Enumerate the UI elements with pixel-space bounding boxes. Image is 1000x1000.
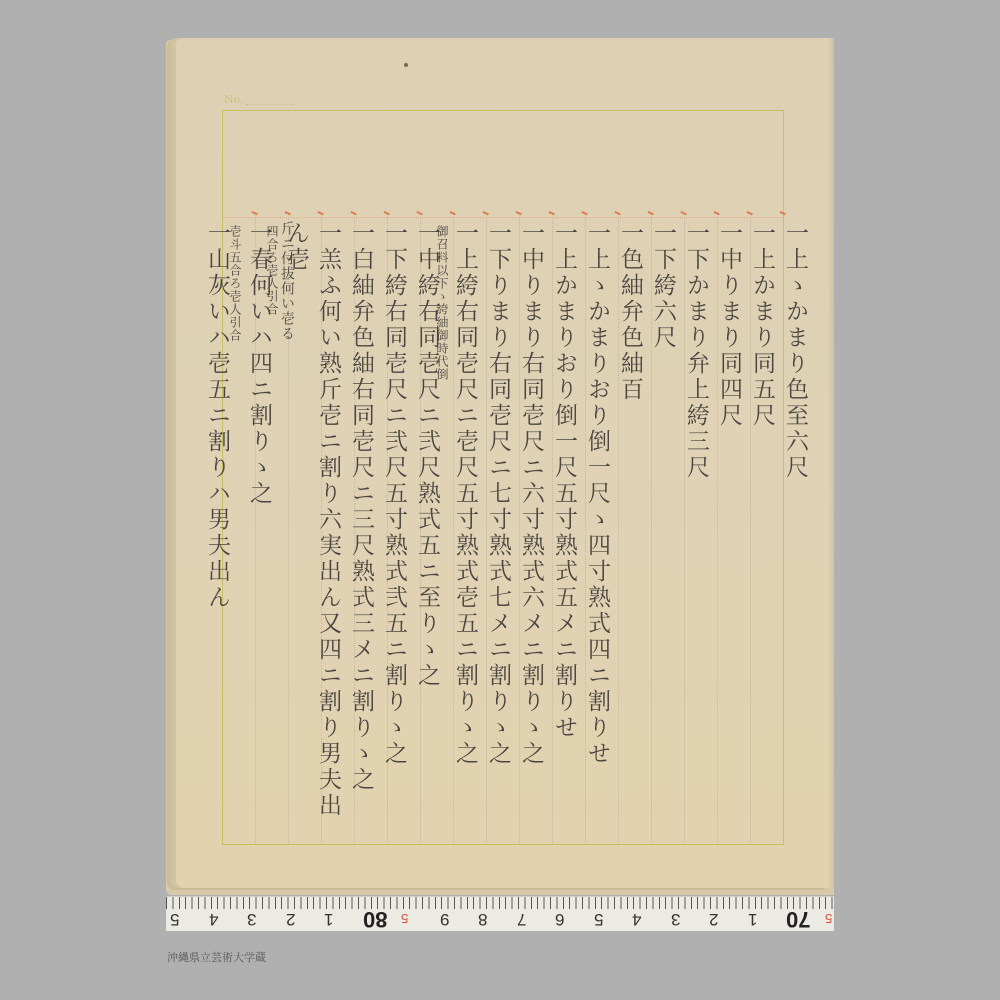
manuscript-column: 一春何いハ四ニ割りゝ之 bbox=[243, 221, 275, 507]
manuscript-column: 一下絝六尺 bbox=[647, 221, 679, 351]
ruler-number: 3 bbox=[671, 909, 680, 929]
manuscript-column: 一下かまり弁上絝三尺 bbox=[680, 221, 712, 481]
manuscript-column: 一上ゝかまり色至六尺 bbox=[779, 221, 811, 481]
manuscript-column: 一羔ふ何い熟斤壱ニ割り六実出ん又四ニ割り男夫出ん壱 bbox=[312, 221, 344, 844]
manuscript-column: 斤ニ付拔何い壱る bbox=[279, 221, 295, 341]
ruler-number: 5 bbox=[401, 911, 408, 926]
paper-speck bbox=[404, 63, 408, 67]
ruler-number: 8 bbox=[478, 909, 487, 929]
ruler-number: 1 bbox=[748, 909, 757, 929]
manuscript-column: 一中りまり同四尺 bbox=[713, 221, 745, 429]
collection-caption: 沖縄県立芸術大学蔵 bbox=[167, 949, 266, 965]
manuscript-column: 一色紬弁色紬百 bbox=[614, 221, 646, 403]
ruler-ticks bbox=[166, 897, 834, 909]
manuscript-column: 一白紬弁色紬右同壱尺ニ三尺熟式三メニ割りゝ之 bbox=[345, 221, 377, 793]
ruler-number: 3 bbox=[247, 909, 256, 929]
text-columns: 一上ゝかまり色至六尺一上かまり同五尺一中りまり同四尺一下かまり弁上絝三尺一下絝六… bbox=[223, 221, 783, 844]
manuscript-column: 一上ゝかまりおり倒一尺ゝ四寸熟式四ニ割りせ bbox=[581, 221, 613, 767]
ruler-number: 4 bbox=[209, 909, 218, 929]
ruler-number: 6 bbox=[555, 909, 564, 929]
measuring-ruler: 54321805987654321705 bbox=[166, 896, 834, 931]
page-edge-shadow bbox=[828, 38, 834, 888]
page-number-label: No. bbox=[224, 93, 244, 106]
page-number-line bbox=[246, 104, 294, 105]
manuscript-column: 一中りまり右同壱尺ニ六寸熟式六メニ割りゝ之 bbox=[515, 221, 547, 767]
manuscript-column: 一下絝右同壱尺ニ弐尺五寸熟式弐五ニ割りゝ之 bbox=[378, 221, 410, 767]
ruler-number: 4 bbox=[632, 909, 641, 929]
manuscript-column: 一上かまりおり倒一尺五寸熟式五メニ割りせ bbox=[548, 221, 580, 741]
manuscript-column: 一上絝右同壱尺ニ壱尺五寸熟式壱五ニ割りゝ之 bbox=[449, 221, 481, 767]
manuscript-column: 一下りまり右同壱尺ニ七寸熟式七メニ割りゝ之 bbox=[482, 221, 514, 767]
ruler-number: 5 bbox=[170, 909, 179, 929]
ruler-number: 7 bbox=[517, 909, 526, 929]
ruler-number: 5 bbox=[825, 911, 832, 926]
ruler-number: 5 bbox=[594, 909, 603, 929]
ruler-number: 80 bbox=[363, 906, 387, 932]
manuscript-column: 一上かまり同五尺 bbox=[746, 221, 778, 429]
ruler-number: 2 bbox=[286, 909, 295, 929]
ruled-frame: 一上ゝかまり色至六尺一上かまり同五尺一中りまり同四尺一下かまり弁上絝三尺一下絝六… bbox=[222, 110, 784, 845]
ruler-number: 9 bbox=[440, 909, 449, 929]
manuscript-page: No. 一上ゝかまり色至六尺一上かまり同五尺一中りまり同四尺一下かまり弁上絝三尺… bbox=[176, 38, 834, 888]
manuscript-column: 一山灰いハ壱五ニ割りハ男夫出ん bbox=[201, 221, 233, 611]
manuscript-column: 一中絝右同壱尺ニ弐尺熟式五ニ至りゝ之 bbox=[411, 221, 443, 689]
ruler-number: 2 bbox=[709, 909, 718, 929]
header-divider bbox=[223, 217, 783, 218]
ruler-number: 1 bbox=[324, 909, 333, 929]
ruler-number: 70 bbox=[786, 906, 810, 932]
